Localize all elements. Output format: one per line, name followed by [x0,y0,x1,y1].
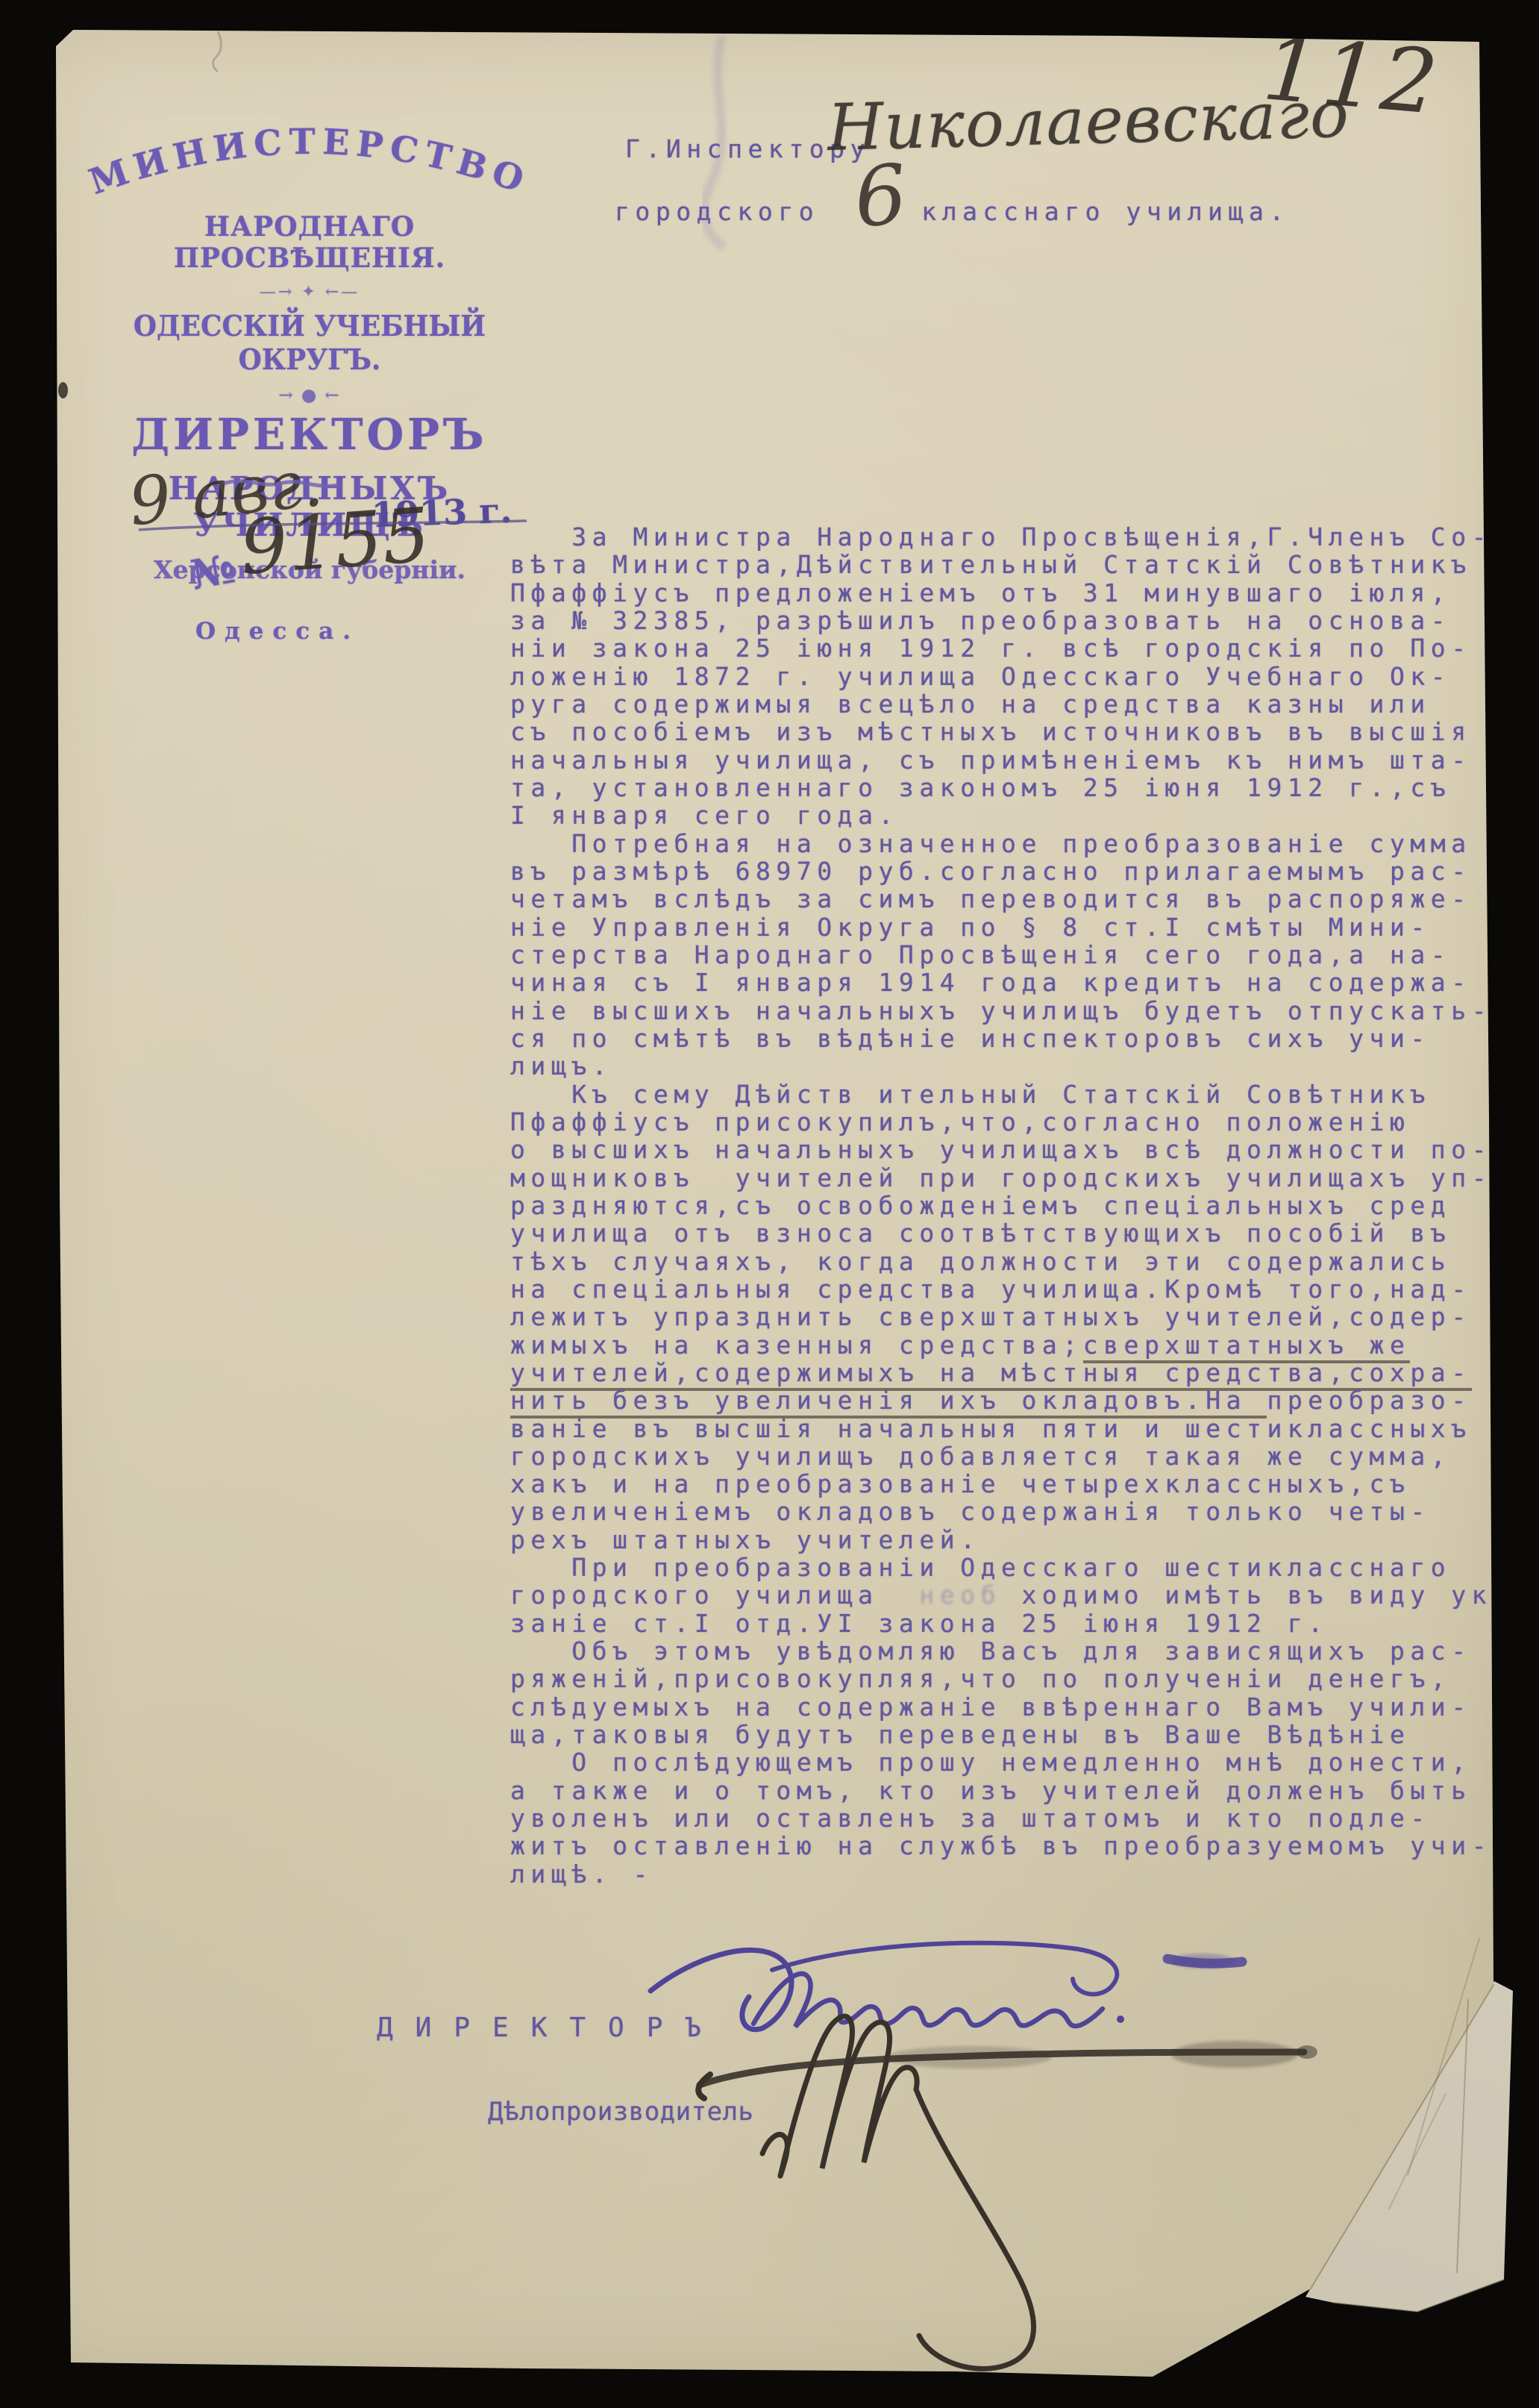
letterhead-divider-ornament-2: → ● ← [63,386,556,405]
typed-line: І января сего года. [510,801,1510,829]
typed-line: учителей,содержимыхъ на мѣстныя средства… [510,1359,1510,1386]
addressee-line2-right: класснаго училища. [921,197,1290,226]
typed-line: ніе высшихъ начальныхъ училищъ будетъ от… [510,997,1510,1025]
typed-text: ложенію 1872 г. училища Одесскаго Учебна… [510,662,1451,691]
clerk-label: Дѣлопроизводитель [488,2097,754,2127]
letterhead-ministry: МИНИСТЕРСТВО [84,122,536,203]
typed-text: преобразо- [1267,1386,1471,1415]
typed-line: стерства Народнаго Просвѣщенія сего года… [510,941,1510,969]
typed-text: начальныя училища, съ примѣненіемъ къ ни… [510,745,1472,775]
typed-text: За Министра Народнаго Просвѣщенія,Г.Член… [510,522,1492,551]
typed-text: въ размѣрѣ 68970 руб.согласно прилагаемы… [510,857,1472,886]
typed-line: руга содержимыя всецѣло на средства казн… [510,690,1510,718]
typed-text: хакъ и на преобразованіе четырехклассных… [510,1469,1410,1498]
typed-text: житъ оставленію на службѣ въ преобразуем… [510,1831,1492,1860]
typed-line: съ пособіемъ изъ мѣстныхъ источниковъ въ… [510,718,1510,745]
page-number-annotation: 112 [1259,16,1444,134]
typed-line: слѣдуемыхъ на содержаніе ввѣреннаго Вамъ… [510,1693,1510,1721]
typed-text: ніе Управленія Округа по § 8 ст.І смѣты … [510,913,1431,942]
typed-text: Потребная на означенное преобразованіе с… [510,829,1472,858]
typed-line: лищъ. [510,1052,1510,1080]
typed-text: ряженій,присовокупляя,что по полученіи д… [510,1664,1451,1693]
typed-text: тѣхъ случаяхъ, когда должности эти содер… [510,1247,1451,1276]
typed-line: нить безъ увеличенія ихъ окладовъ.На пре… [510,1386,1510,1414]
typed-text: лищѣ. - [510,1860,653,1889]
typed-line: на спеціальныя средства училища.Кромѣ то… [510,1275,1510,1303]
typed-text: І января сего года. [510,801,899,830]
typed-line: заніе ст.І отд.УІ закона 25 іюня 1912 г. [510,1610,1510,1637]
typed-line: лищѣ. - [510,1860,1510,1888]
typed-line: житъ оставленію на службѣ въ преобразуем… [510,1832,1510,1860]
typed-line: хакъ и на преобразованіе четырехклассных… [510,1470,1510,1498]
typed-text: О послѣдующемъ прошу немедленно мнѣ доне… [510,1748,1472,1777]
number-sign-stamp: № [187,544,239,598]
addressee-line2-left: городского [615,197,819,226]
typed-line: начальныя училища, съ примѣненіемъ къ ни… [510,746,1510,774]
typed-text: лежитъ упразднить сверхштатныхъ учителей… [510,1302,1472,1331]
typed-line: ніи закона 25 іюня 1912 г. всѣ городскія… [510,634,1510,662]
handwritten-class-number: 6 [850,146,911,246]
typed-text: рехъ штатныхъ учителей. [510,1525,981,1554]
typed-line: Потребная на означенное преобразованіе с… [510,830,1510,857]
typed-text: лищъ. [510,1051,612,1081]
typed-text: о высшихъ начальныхъ училищахъ всѣ должн… [510,1135,1492,1164]
letterhead-district: ОДЕССКІЙ УЧЕБНЫЙ ОКРУГЪ. [78,309,541,376]
letterhead-divider-ornament: —→ ✦ ←— [63,283,556,301]
typed-line: за № 32385, разрѣшилъ преобразовать на о… [510,607,1510,634]
typed-text: руга содержимыя всецѣло на средства казн… [510,689,1431,719]
typed-line: ряженій,присовокупляя,что по полученіи д… [510,1665,1510,1692]
typed-line: та, установленнаго закономъ 25 іюня 1912… [510,774,1510,801]
typed-line: а также и о томъ, кто изъ учителей долже… [510,1777,1510,1804]
typed-text: ся по смѣтѣ въ вѣдѣніе инспекторовъ сихъ… [510,1024,1431,1053]
typed-text: стерства Народнаго Просвѣщенія сего года… [510,940,1451,969]
typed-text: Пфаффіусъ присокупилъ,что,согласно полож… [510,1107,1410,1136]
typed-line: четамъ вслѣдъ за симъ переводится въ рас… [510,885,1510,913]
typed-line: училища отъ взноса соотвѣтствующихъ посо… [510,1219,1510,1247]
typed-text: ходимо имѣть въ виду ука [1021,1580,1512,1610]
typed-text: городскихъ училищъ добавляется такая же … [510,1442,1451,1471]
scanned-document: МИНИСТЕРСТВО НАРОДНАГО ПРОСВѢЩЕНІЯ. —→ ✦… [0,0,1539,2408]
typed-line: о высшихъ начальныхъ училищахъ всѣ должн… [510,1136,1510,1163]
typed-line: мощниковъ учителей при городскихъ училищ… [510,1164,1510,1192]
typed-text: При преобразованіи Одесскаго шестиклассн… [510,1553,1451,1582]
typed-text: вѣта Министра,Дѣйствительный Статскій Со… [510,550,1472,579]
typed-text: Къ сему Дѣйств ительный Статскій Совѣтни… [510,1080,1431,1109]
typed-line: раздняются,съ освобожденіемъ спеціальных… [510,1192,1510,1219]
typed-text: слѣдуемыхъ на содержаніе ввѣреннаго Вамъ… [510,1692,1472,1721]
typed-line: увеличеніемъ окладовъ содержанія только … [510,1498,1510,1525]
typed-text: четамъ вслѣдъ за симъ переводится въ рас… [510,884,1472,913]
typed-line: въ размѣрѣ 68970 руб.согласно прилагаемы… [510,857,1510,885]
handwritten-outgoing-number: 9155 [237,491,433,591]
typed-text: раздняются,съ освобожденіемъ спеціальных… [510,1191,1451,1220]
typed-line: городского училища необ ходимо имѣть въ … [510,1581,1510,1609]
typed-text: увеличеніемъ окладовъ содержанія только … [510,1497,1431,1526]
typed-line: уволенъ или оставленъ за штатомъ и кто п… [510,1804,1510,1832]
typed-text: жимыхъ на казенныя средства; [510,1330,1083,1360]
typed-line: ся по смѣтѣ въ вѣдѣніе инспекторовъ сихъ… [510,1025,1510,1052]
typed-text: городского училища [510,1580,899,1610]
typed-line: ща,таковыя будутъ переведены въ Ваше Вѣд… [510,1721,1510,1748]
city-stamp: Одесса. [195,618,360,645]
letterhead-department: НАРОДНАГО ПРОСВѢЩЕНІЯ. [63,211,556,274]
document-page: МИНИСТЕРСТВО НАРОДНАГО ПРОСВѢЩЕНІЯ. —→ ✦… [0,0,1539,2408]
svg-text:МИНИСТЕРСТВО: МИНИСТЕРСТВО [84,122,536,203]
letterhead-arc: МИНИСТЕРСТВО [63,112,556,205]
typed-text: на спеціальныя средства училища.Кромѣ то… [510,1275,1472,1304]
typed-line: За Министра Народнаго Просвѣщенія,Г.Член… [510,523,1510,551]
body-text: За Министра Народнаго Просвѣщенія,Г.Член… [510,523,1510,1888]
typed-line: Пфаффіусъ предложеніемъ отъ 31 минувшаго… [510,579,1510,607]
typed-text: та, установленнаго закономъ 25 іюня 1912… [510,773,1451,802]
typed-line: лежитъ упразднить сверхштатныхъ учителей… [510,1303,1510,1330]
typed-text: уволенъ или оставленъ за штатомъ и кто п… [510,1804,1431,1833]
typed-line: ваніе въ высшія начальныя пяти и шестикл… [510,1415,1510,1442]
typed-text: съ пособіемъ изъ мѣстныхъ источниковъ въ… [510,717,1472,746]
typed-line: тѣхъ случаяхъ, когда должности эти содер… [510,1248,1510,1275]
typed-text: ща,таковыя будутъ переведены въ Ваше Вѣд… [510,1720,1410,1749]
typed-line: рехъ штатныхъ учителей. [510,1526,1510,1554]
typed-text: за № 32385, разрѣшилъ преобразовать на о… [510,606,1451,635]
typed-line: жимыхъ на казенныя средства;сверхштатных… [510,1331,1510,1359]
typed-line: Пфаффіусъ присокупилъ,что,согласно полож… [510,1108,1510,1136]
typed-text: Объ этомъ увѣдомляю Васъ для зависящихъ … [510,1636,1472,1666]
typed-text: ніе высшихъ начальныхъ училищъ будетъ от… [510,996,1492,1025]
director-label: ДИРЕКТОРЪ [377,2013,724,2043]
typed-line: Къ сему Дѣйств ительный Статскій Совѣтни… [510,1081,1510,1108]
typed-line: городскихъ училищъ добавляется такая же … [510,1442,1510,1470]
typed-text: ніи закона 25 іюня 1912 г. всѣ городскія… [510,634,1472,663]
typed-line: О послѣдующемъ прошу немедленно мнѣ доне… [510,1748,1510,1776]
typed-line: чиная съ І января 1914 года кредитъ на с… [510,969,1510,996]
typed-text: а также и о томъ, кто изъ учителей долже… [510,1776,1472,1805]
typed-text: мощниковъ учителей при городскихъ училищ… [510,1163,1492,1192]
typed-text: училища отъ взноса соотвѣтствующихъ посо… [510,1219,1451,1248]
typed-text: заніе ст.І отд.УІ закона 25 іюня 1912 г. [510,1609,1329,1638]
typed-line: вѣта Министра,Дѣйствительный Статскій Со… [510,551,1510,578]
typed-line: Объ этомъ увѣдомляю Васъ для зависящихъ … [510,1637,1510,1665]
typed-line: ніе Управленія Округа по § 8 ст.І смѣты … [510,913,1510,941]
typed-text: чиная съ І января 1914 года кредитъ на с… [510,968,1472,997]
smudged-text: необ [899,1580,1022,1610]
addressee-line-2: городского класснаго училища. [615,197,1290,226]
typed-line: ложенію 1872 г. училища Одесскаго Учебна… [510,663,1510,690]
typed-text: Пфаффіусъ предложеніемъ отъ 31 минувшаго… [510,578,1451,607]
typed-line: При преобразованіи Одесскаго шестиклассн… [510,1554,1510,1581]
typed-text: ваніе въ высшія начальныя пяти и шестикл… [510,1414,1472,1443]
